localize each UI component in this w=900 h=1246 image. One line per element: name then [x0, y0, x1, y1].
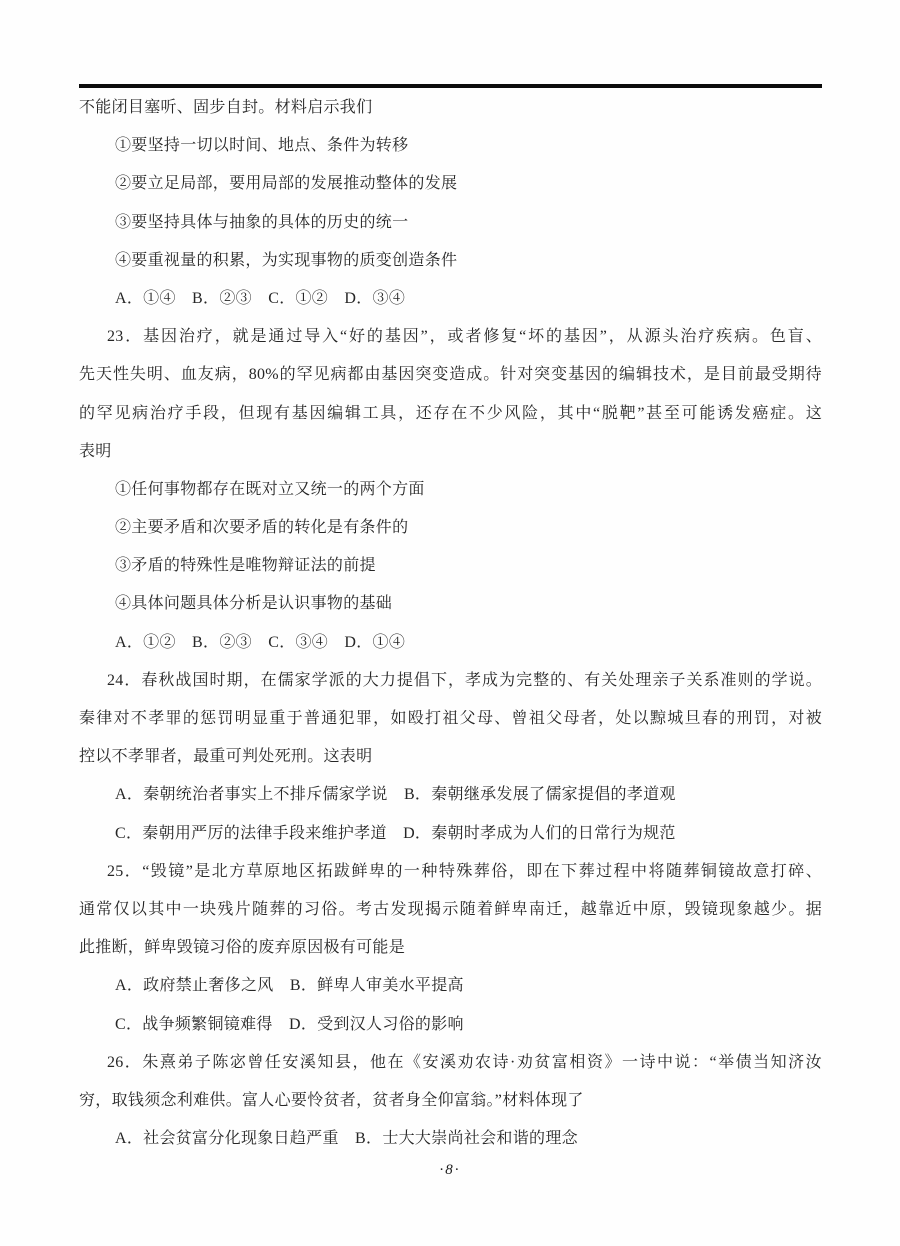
- text-line: A．①④ B．②③ C．①② D．③④: [79, 280, 822, 318]
- text-line: ①任何事物都存在既对立又统一的两个方面: [79, 471, 822, 509]
- document-body: 不能闭目塞听、固步自封。材料启示我们①要坚持一切以时间、地点、条件为转移②要立足…: [79, 89, 822, 1158]
- text-line: A．①② B．②③ C．③④ D．①④: [79, 624, 822, 662]
- text-line: C．战争频繁铜镜难得 D．受到汉人习俗的影响: [79, 1006, 822, 1044]
- text-line: 穷，取钱须念利难供。富人心要怜贫者，贫者身全仰富翁。”材料体现了: [79, 1082, 822, 1120]
- text-line: ④要重视量的积累，为实现事物的质变创造条件: [79, 242, 822, 280]
- text-line: ①要坚持一切以时间、地点、条件为转移: [79, 127, 822, 165]
- text-line: ②主要矛盾和次要矛盾的转化是有条件的: [79, 509, 822, 547]
- text-line: A．政府禁止奢侈之风 B．鲜卑人审美水平提高: [79, 967, 822, 1005]
- text-line: 23．基因治疗，就是通过导入“好的基因”，或者修复“坏的基因”，从源头治疗疾病。…: [79, 318, 822, 356]
- text-line: C．秦朝用严厉的法律手段来维护孝道 D．秦朝时孝成为人们的日常行为规范: [79, 815, 822, 853]
- text-line: 不能闭目塞听、固步自封。材料启示我们: [79, 89, 822, 127]
- text-line: 此推断，鲜卑毁镜习俗的废弃原因极有可能是: [79, 929, 822, 967]
- text-line: 26．朱熹弟子陈宓曾任安溪知县，他在《安溪劝农诗·劝贫富相资》一诗中说：“举债当…: [79, 1044, 822, 1082]
- exam-page: 不能闭目塞听、固步自封。材料启示我们①要坚持一切以时间、地点、条件为转移②要立足…: [0, 0, 900, 1246]
- text-line: ③矛盾的特殊性是唯物辩证法的前提: [79, 547, 822, 585]
- text-line: ③要坚持具体与抽象的具体的历史的统一: [79, 204, 822, 242]
- text-line: 秦律对不孝罪的惩罚明显重于普通犯罪，如殴打祖父母、曾祖父母者，处以黥城旦春的刑罚…: [79, 700, 822, 738]
- text-line: 25．“毁镜”是北方草原地区拓跋鲜卑的一种特殊葬俗，即在下葬过程中将随葬铜镜故意…: [79, 853, 822, 891]
- text-line: 24．春秋战国时期，在儒家学派的大力提倡下，孝成为完整的、有关处理亲子关系准则的…: [79, 662, 822, 700]
- text-line: A．秦朝统治者事实上不排斥儒家学说 B．秦朝继承发展了儒家提倡的孝道观: [79, 776, 822, 814]
- text-line: 的罕见病治疗手段，但现有基因编辑工具，还存在不少风险，其中“脱靶”甚至可能诱发癌…: [79, 395, 822, 433]
- text-line: A．社会贫富分化现象日趋严重 B．士大大崇尚社会和谐的理念: [79, 1120, 822, 1158]
- top-divider-rule: [79, 84, 822, 88]
- text-line: 表明: [79, 433, 822, 471]
- text-line: ④具体问题具体分析是认识事物的基础: [79, 585, 822, 623]
- text-line: 控以不孝罪者，最重可判处死刑。这表明: [79, 738, 822, 776]
- text-line: 通常仅以其中一块残片随葬的习俗。考古发现揭示随着鲜卑南迁，越靠近中原，毁镜现象越…: [79, 891, 822, 929]
- page-number: ·8·: [0, 1158, 900, 1182]
- text-line: 先天性失明、血友病，80%的罕见病都由基因突变造成。针对突变基因的编辑技术，是目…: [79, 356, 822, 394]
- text-line: ②要立足局部，要用局部的发展推动整体的发展: [79, 165, 822, 203]
